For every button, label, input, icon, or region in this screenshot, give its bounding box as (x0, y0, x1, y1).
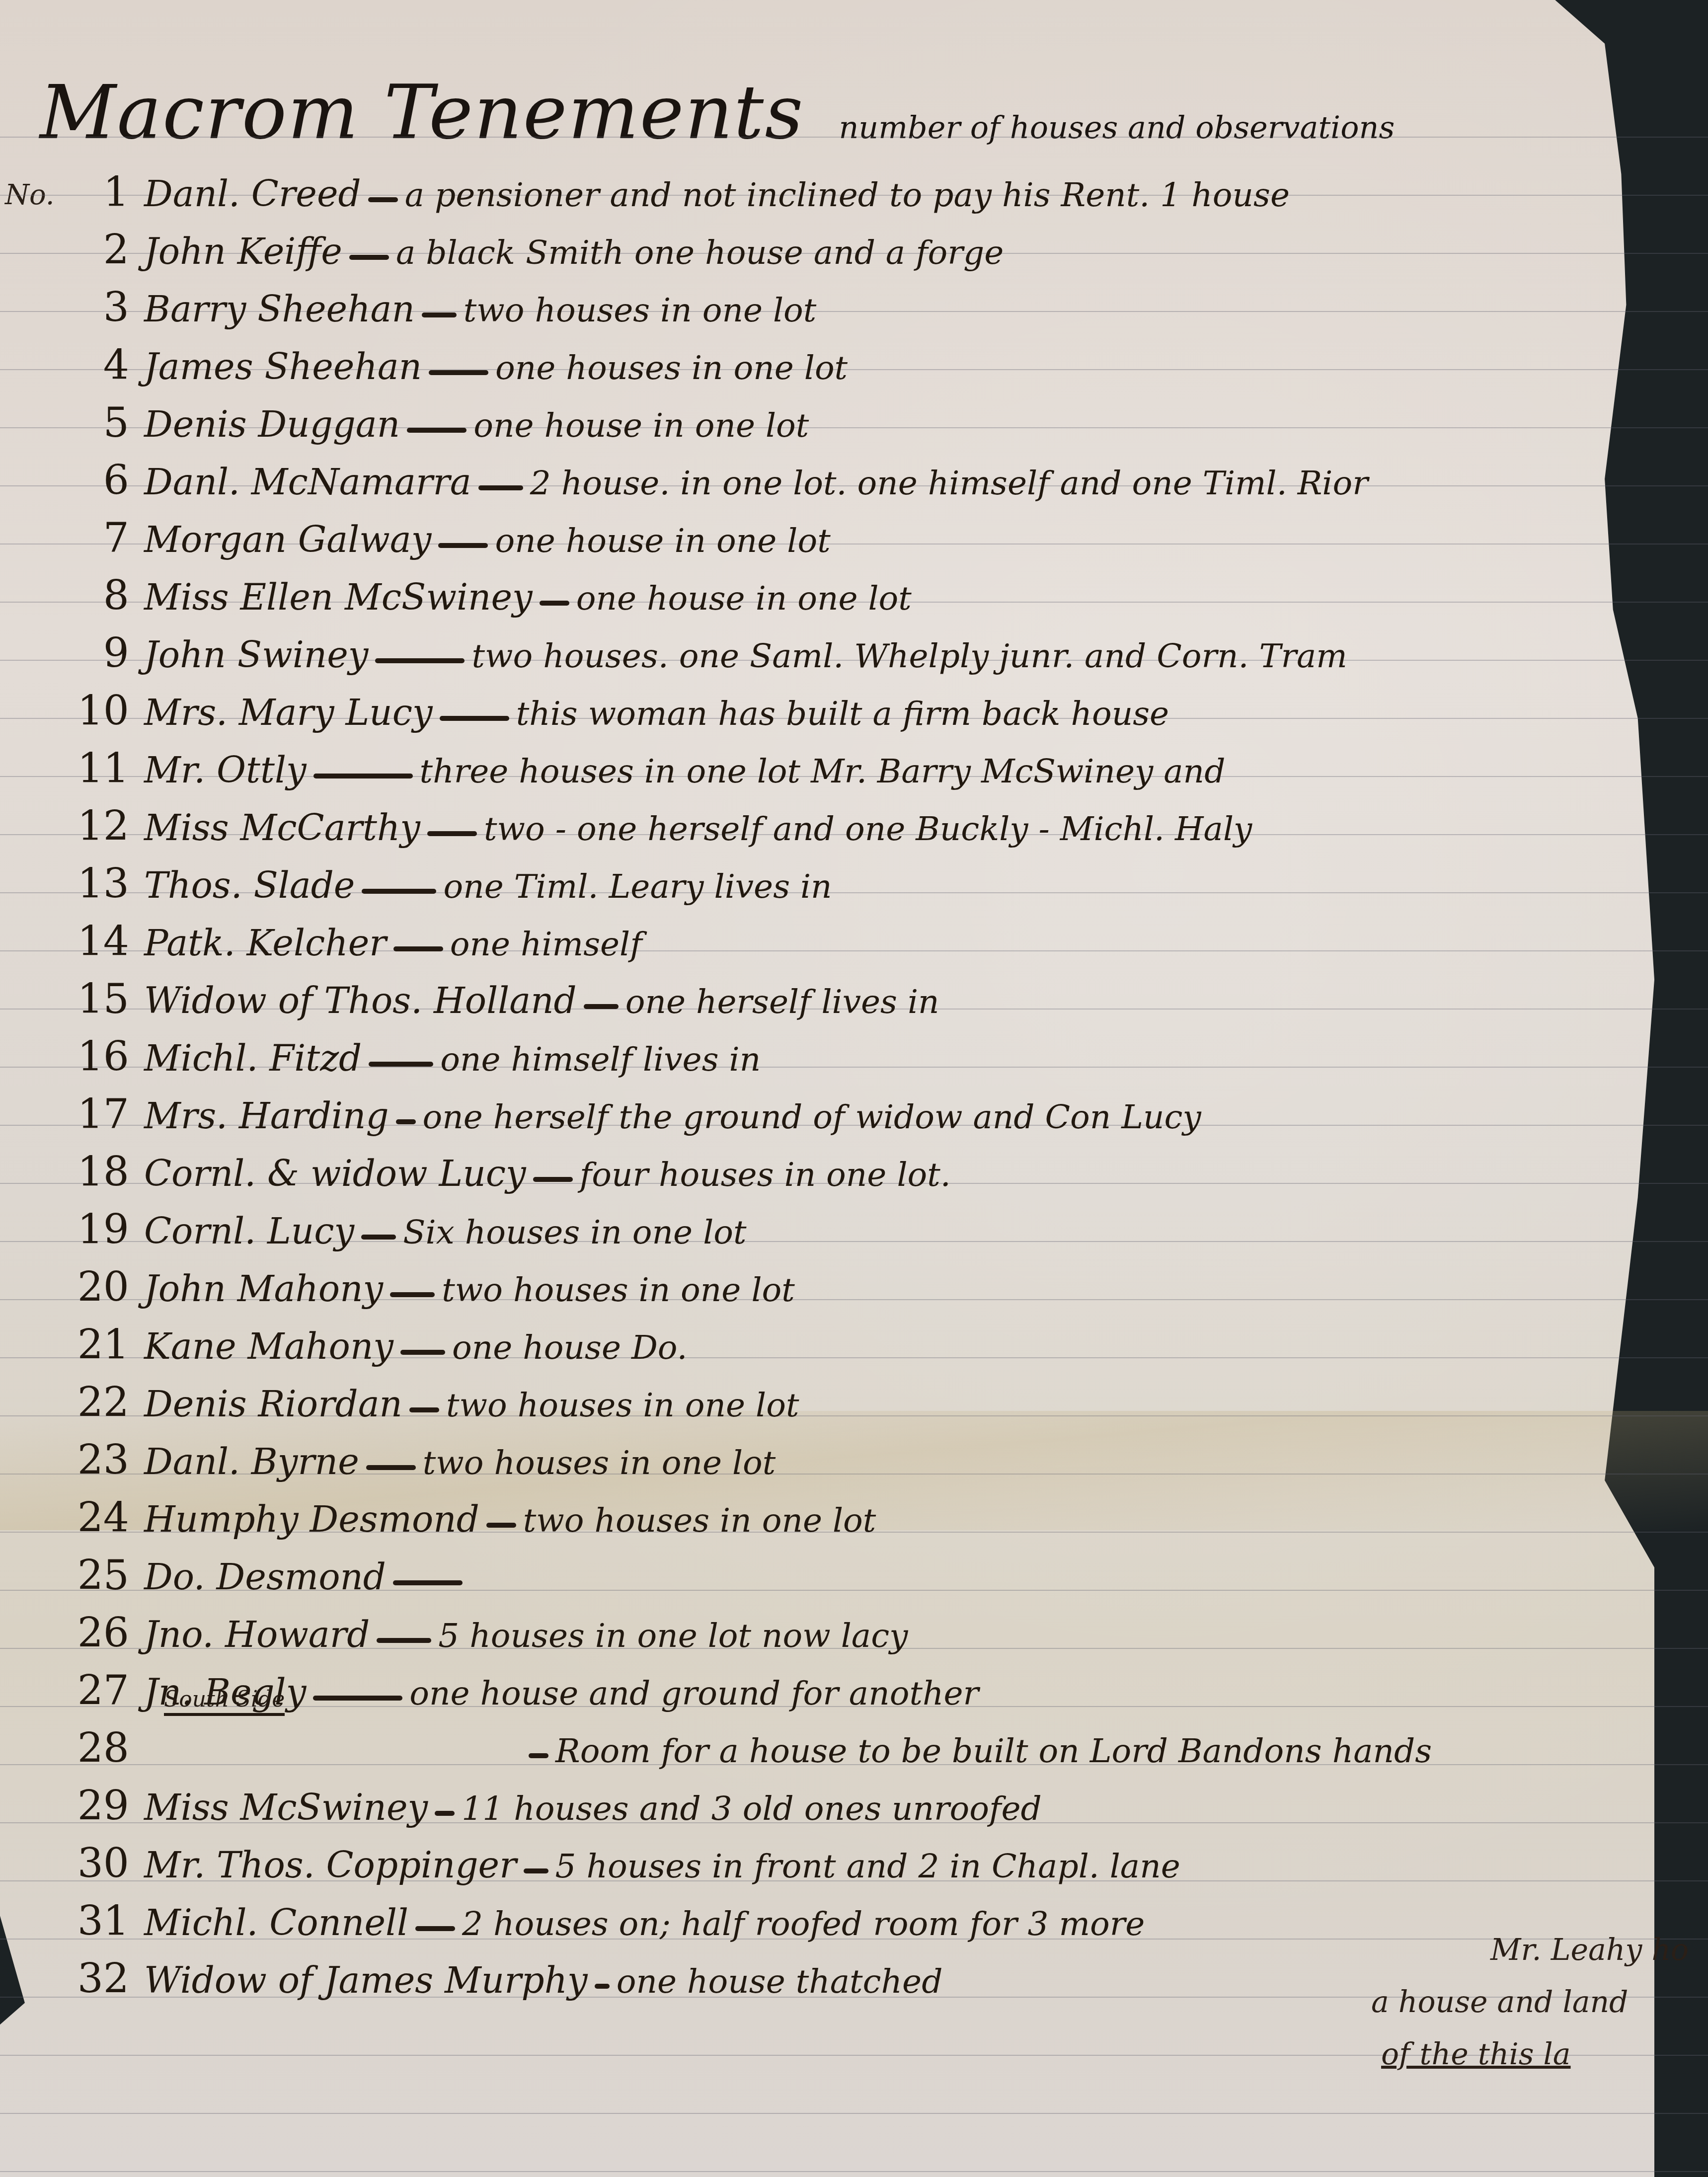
list-item: 2John Keiffea black Smith one house and … (0, 227, 1004, 276)
observation: Six houses in one lot (403, 1213, 746, 1251)
observation: one Timl. Leary lives in (443, 867, 832, 906)
observation: two houses in one lot (464, 291, 817, 329)
separator-dash (313, 774, 413, 778)
tenant-name: Miss Ellen McSwiney (144, 576, 533, 618)
list-item: 7Morgan Galwayone house in one lot (0, 515, 831, 564)
separator-dash (415, 1926, 455, 1931)
list-item: 17Mrs. Hardingone herself the ground of … (0, 1091, 1201, 1141)
tenant-name: John Keiffe (144, 231, 342, 272)
separator-dash (393, 946, 443, 951)
tenant-name: Kane Mahony (144, 1325, 393, 1367)
entry-number: 1 (0, 169, 144, 216)
separator-dash (349, 255, 389, 260)
separator-dash (375, 658, 465, 663)
entry-number: 19 (0, 1206, 144, 1253)
entry-number: 14 (0, 918, 144, 965)
separator-dash (369, 1062, 433, 1067)
separator-dash (429, 370, 488, 375)
observation: Room for a house to be built on Lord Ban… (555, 1732, 1432, 1770)
list-item: 6Danl. McNamarra2 house. in one lot. one… (0, 457, 1368, 507)
entry-number: 7 (0, 515, 144, 562)
list-item: 18Cornl. & widow Lucyfour houses in one … (0, 1149, 951, 1198)
entry-number: 30 (0, 1840, 144, 1887)
list-item: 26Jno. Howard5 houses in one lot now lac… (0, 1610, 908, 1659)
tenant-name: Danl. Byrne (144, 1441, 359, 1482)
tenant-name: John Mahony (144, 1268, 383, 1310)
entry-number: 5 (0, 399, 144, 447)
entry-number: 22 (0, 1379, 144, 1426)
observation: four houses in one lot. (580, 1156, 951, 1194)
separator-dash (533, 1177, 573, 1182)
entry-number: 20 (0, 1264, 144, 1311)
list-item: 19Cornl. LucySix houses in one lot (0, 1206, 747, 1256)
list-item: 30Mr. Thos. Coppinger5 houses in front a… (0, 1840, 1180, 1890)
list-item: 24Humphy Desmondtwo houses in one lot (0, 1494, 876, 1544)
entry-number: 29 (0, 1783, 144, 1830)
observation: one house and ground for another (409, 1674, 979, 1712)
separator-dash (377, 1638, 431, 1643)
list-item: 8Miss Ellen McSwineyone house in one lot (0, 572, 912, 622)
south-side-note: South Side (164, 1687, 285, 1716)
tenant-name: Cornl. & widow Lucy (144, 1153, 526, 1194)
entry-number: 12 (0, 803, 144, 850)
list-item: 15Widow of Thos. Hollandone herself live… (0, 976, 939, 1025)
separator-dash (422, 312, 457, 317)
separator-dash (595, 1984, 610, 1989)
tenant-name: Barry Sheehan (144, 288, 415, 330)
list-item: 16Michl. Fitzdone himself lives in (0, 1033, 761, 1083)
separator-dash (409, 1407, 439, 1412)
list-item: 32Widow of James Murphyone house thatche… (0, 1955, 942, 2005)
tenant-name: Jno. Howard (144, 1614, 370, 1655)
separator-dash (478, 485, 523, 490)
tenant-name: Mrs. Harding (144, 1095, 389, 1137)
separator-dash (390, 1292, 435, 1297)
tenant-name: Michl. Fitzd (144, 1037, 362, 1079)
observation: 2 house. in one lot. one himself and one… (530, 464, 1368, 502)
tenant-name: Thos. Slade (144, 864, 355, 906)
margin-note-30: a house and land (1371, 1985, 1629, 2020)
tenant-name: Michl. Connell (144, 1902, 408, 1944)
list-item: 28Room for a house to be built on Lord B… (0, 1725, 1432, 1775)
entry-number: 16 (0, 1033, 144, 1081)
tenant-name: Cornl. Lucy (144, 1210, 354, 1252)
list-item: 12Miss McCarthytwo - one herself and one… (0, 803, 1252, 853)
margin-note-31: of the this la (1381, 2037, 1571, 2072)
tenant-name: Danl. McNamarra (144, 461, 471, 503)
tenant-name: Denis Riordan (144, 1383, 402, 1425)
observation: two houses. one Saml. Whelply junr. and … (471, 637, 1347, 675)
observation: two houses in one lot (446, 1386, 799, 1424)
tenant-name: Morgan Galway (144, 519, 431, 560)
tenant-name: James Sheehan (144, 346, 422, 388)
separator-dash (584, 1004, 619, 1009)
entry-number: 32 (0, 1955, 144, 2003)
list-item: 3Barry Sheehantwo houses in one lot (0, 284, 816, 334)
observation: two houses in one lot (423, 1444, 776, 1482)
entry-number: 6 (0, 457, 144, 504)
tenant-name: Patk. Kelcher (144, 922, 387, 964)
observation: 5 houses in one lot now lacy (438, 1617, 908, 1655)
separator-dash (427, 831, 477, 836)
observation: one house thatched (617, 1962, 943, 2001)
entry-number: 11 (0, 745, 144, 792)
separator-dash (438, 543, 488, 548)
separator-dash (396, 1119, 416, 1124)
ruled-line (0, 2113, 1708, 2114)
tenant-name: Mr. Thos. Coppinger (144, 1844, 517, 1886)
list-item: 11Mr. Ottlythree houses in one lot Mr. B… (0, 745, 1225, 795)
observation: three houses in one lot Mr. Barry McSwin… (420, 752, 1226, 790)
list-item: 27Jn. Beglyone house and ground for anot… (0, 1667, 979, 1717)
entry-number: 31 (0, 1898, 144, 1945)
entry-number: 2 (0, 227, 144, 274)
list-item: 31Michl. Connell2 houses on; half roofed… (0, 1898, 1145, 1947)
separator-dash (368, 197, 398, 202)
list-item: 23Danl. Byrnetwo houses in one lot (0, 1437, 776, 1486)
observation: one house in one lot (473, 406, 809, 445)
observation: one herself the ground of widow and Con … (423, 1098, 1201, 1136)
observation: one himself lives in (440, 1040, 761, 1079)
list-item: 14Patk. Kelcherone himself (0, 918, 642, 968)
observation: one house Do. (452, 1328, 687, 1367)
observation: a pensioner and not inclined to pay his … (405, 176, 1290, 214)
margin-note-29: Mr. Leahy ho (1490, 1933, 1689, 1967)
entry-number: 3 (0, 284, 144, 331)
tenant-name: Miss McSwiney (144, 1787, 428, 1828)
observation: two - one herself and one Buckly - Michl… (484, 810, 1252, 848)
tenant-name: Widow of James Murphy (144, 1959, 588, 2001)
entry-number: 24 (0, 1494, 144, 1542)
separator-dash (393, 1580, 463, 1585)
observation: a black Smith one house and a forge (396, 233, 1004, 272)
separator-dash (435, 1811, 455, 1816)
list-item: 5Denis Dugganone house in one lot (0, 399, 809, 449)
list-item: 25Do. Desmond (0, 1552, 469, 1602)
entry-number: 4 (0, 342, 144, 389)
entry-number: 17 (0, 1091, 144, 1138)
observation: 2 houses on; half roofed room for 3 more (462, 1905, 1145, 1943)
list-item: 4James Sheehanone houses in one lot (0, 342, 848, 391)
list-item: 10Mrs. Mary Lucythis woman has built a f… (0, 688, 1169, 737)
observation: two houses in one lot (523, 1501, 876, 1540)
separator-dash (524, 1868, 548, 1873)
list-item: 13Thos. Sladeone Timl. Leary lives in (0, 860, 832, 910)
tenant-name: Miss McCarthy (144, 807, 420, 849)
list-item: 29Miss McSwiney11 houses and 3 old ones … (0, 1783, 1042, 1832)
separator-dash (366, 1465, 416, 1470)
separator-dash (486, 1523, 516, 1528)
entry-number: 26 (0, 1610, 144, 1657)
separator-dash (400, 1350, 445, 1355)
observation: one house in one lot (576, 579, 912, 618)
observation: this woman has built a firm back house (516, 695, 1169, 733)
entry-number: 18 (0, 1149, 144, 1196)
entry-number: 10 (0, 688, 144, 735)
tenant-name: John Swiney (144, 634, 368, 676)
entry-number: 28 (0, 1725, 144, 1772)
tenant-name: Mrs. Mary Lucy (144, 692, 433, 733)
observation: two houses in one lot (442, 1271, 795, 1309)
separator-dash (407, 428, 466, 433)
tenant-name: Danl. Creed (144, 173, 361, 215)
list-item: 1Danl. Creeda pensioner and not inclined… (0, 169, 1290, 219)
list-item: 20John Mahonytwo houses in one lot (0, 1264, 795, 1314)
observation: one herself lives in (625, 983, 939, 1021)
entry-number: 9 (0, 630, 144, 677)
entry-number: 21 (0, 1322, 144, 1369)
page-title: Macrom Tenements number of houses and ob… (40, 70, 1395, 156)
separator-dash (313, 1696, 402, 1701)
list-item: 9John Swineytwo houses. one Saml. Whelpl… (0, 630, 1347, 680)
observation: 5 houses in front and 2 in Chapl. lane (555, 1847, 1180, 1885)
separator-dash (440, 716, 509, 721)
list-item: 22Denis Riordantwo houses in one lot (0, 1379, 799, 1429)
observation: one house in one lot (495, 522, 830, 560)
entry-number: 25 (0, 1552, 144, 1599)
entry-number: 15 (0, 976, 144, 1023)
separator-dash (540, 601, 569, 606)
entry-number: 23 (0, 1437, 144, 1484)
tenant-name: Mr. Ottly (144, 749, 307, 791)
tenant-name: Widow of Thos. Holland (144, 980, 577, 1021)
tenant-name: Denis Duggan (144, 403, 400, 445)
ruled-line (0, 137, 1708, 138)
list-item: 21Kane Mahonyone house Do. (0, 1322, 687, 1371)
tenant-name: Humphy Desmond (144, 1498, 479, 1540)
entry-number: 8 (0, 572, 144, 620)
ruled-line (0, 2171, 1708, 2172)
observation: one himself (450, 925, 642, 963)
title-subtitle: number of houses and observations (839, 109, 1395, 146)
title-main: Macrom Tenements (40, 70, 804, 156)
separator-dash (361, 1235, 396, 1240)
observation: one houses in one lot (495, 349, 848, 387)
entry-number: 27 (0, 1667, 144, 1714)
tenant-name: Do. Desmond (144, 1556, 386, 1598)
entry-number: 13 (0, 860, 144, 908)
observation: 11 houses and 3 old ones unroofed (462, 1789, 1042, 1828)
separator-dash (362, 889, 436, 894)
separator-dash (529, 1753, 548, 1758)
